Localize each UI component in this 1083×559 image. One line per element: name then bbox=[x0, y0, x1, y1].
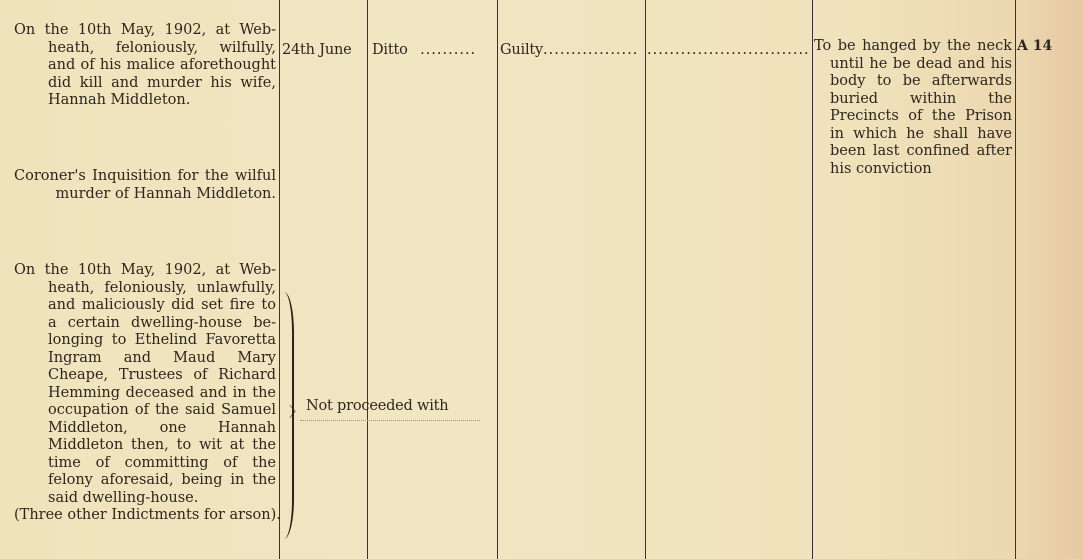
column-rule-1 bbox=[279, 0, 280, 559]
offence-line: heath, feloniously, wilfully, bbox=[48, 40, 276, 58]
offence-line: murder of Hannah Middleton. bbox=[46, 186, 276, 204]
sentence-line: been last confined after bbox=[830, 143, 1012, 161]
page-reference: A 14 bbox=[1017, 38, 1052, 54]
sentence-line: his conviction bbox=[830, 161, 1012, 179]
leader-dots: .......... bbox=[420, 42, 476, 58]
offence-line: did kill and murder his wife, bbox=[48, 75, 276, 93]
sentence-line: body to be afterwards bbox=[830, 73, 1012, 91]
offence-line: Middleton, one Hannah bbox=[48, 420, 276, 438]
entry1-offence: On the 10th May, 1902, at Web- heath, fe… bbox=[14, 22, 276, 110]
offence-line: said dwelling-house. bbox=[48, 490, 276, 508]
offence-line: occupation of the said Samuel bbox=[48, 402, 276, 420]
entry3-disposition: Not proceeded with bbox=[306, 398, 448, 416]
offence-line: time of committing of the bbox=[48, 455, 276, 473]
entry1-verdict: Guilty................. bbox=[500, 42, 638, 60]
dotted-rule bbox=[300, 420, 480, 421]
offence-line: felony aforesaid, being in the bbox=[48, 472, 276, 490]
offence-line: Hannah Middleton. bbox=[48, 92, 276, 110]
sentence-line: in which he shall have bbox=[830, 126, 1012, 144]
column-rule-2 bbox=[367, 0, 368, 559]
column-rule-3 bbox=[497, 0, 498, 559]
sentence-line: To be hanged by the neck bbox=[814, 38, 1012, 56]
offence-line: and maliciously did set fire to bbox=[48, 297, 276, 315]
entry1-before: Ditto .......... bbox=[372, 42, 476, 60]
entry3-offence: On the 10th May, 1902, at Web- heath, fe… bbox=[14, 262, 276, 525]
offence-line: Middleton then, to wit at the bbox=[48, 437, 276, 455]
offence-line: Cheape, Trustees of Richard bbox=[48, 367, 276, 385]
brace-point: 〉 bbox=[289, 402, 303, 422]
offence-line: Coroner's Inquisition for the wilful bbox=[14, 168, 276, 186]
offence-note: (Three other Indictments for arson). bbox=[14, 507, 276, 525]
column-rule-4 bbox=[645, 0, 646, 559]
before-label: Ditto bbox=[372, 42, 408, 58]
sentence-line: until he be dead and his bbox=[830, 56, 1012, 74]
entry2-offence: Coroner's Inquisition for the wilful mur… bbox=[14, 168, 276, 203]
entry1-sentence: To be hanged by the neck until he be dea… bbox=[814, 38, 1012, 178]
column-rule-6 bbox=[1015, 0, 1016, 559]
offence-line: heath, feloniously, unlawfully, bbox=[48, 280, 276, 298]
offence-line: Ingram and Maud Mary bbox=[48, 350, 276, 368]
sentence-line: Precincts of the Prison bbox=[830, 108, 1012, 126]
column-rule-5 bbox=[812, 0, 813, 559]
offence-line: On the 10th May, 1902, at Web- bbox=[14, 22, 276, 40]
offence-line: and of his malice aforethought bbox=[48, 57, 276, 75]
sentence-line: buried within the bbox=[830, 91, 1012, 109]
offence-line: longing to Ethelind Favoretta bbox=[48, 332, 276, 350]
offence-line: Hemming deceased and in the bbox=[48, 385, 276, 403]
leader-dots: ................. bbox=[543, 42, 638, 58]
offence-line: On the 10th May, 1902, at Web- bbox=[14, 262, 276, 280]
verdict-label: Guilty bbox=[500, 42, 543, 58]
offence-line: a certain dwelling-house be- bbox=[48, 315, 276, 333]
blank-column-dots: ............................. bbox=[647, 42, 810, 60]
entry1-date: 24th June bbox=[282, 42, 352, 60]
